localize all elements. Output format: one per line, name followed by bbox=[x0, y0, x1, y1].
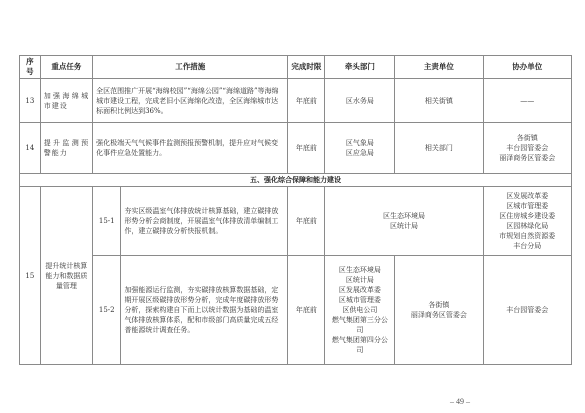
work-plan-table: 序号 重点任务 工作措施 完成时限 牵头部门 主责单位 协办单位 13 加强海绵… bbox=[19, 55, 572, 365]
table-row: 15-2 加强能源运行监测，夯实碳排放核算数据基础，定期开展区级碳排放形势分析，… bbox=[20, 256, 572, 365]
row-deadline: 年底前 bbox=[288, 79, 325, 123]
row-measures: 强化极端天气气候事件监测预报预警机制，提升应对气候变化事件应急处置能力。 bbox=[93, 123, 288, 174]
table-row: 13 加强海绵城市建设 全区范围推广开展“海绵校园”“海绵公园”“海绵道路”等海… bbox=[20, 79, 572, 123]
table-row: 14 提升监测预警能力 强化极端天气气候事件监测预报预警机制，提升应对气候变化事… bbox=[20, 123, 572, 174]
row-responsible: 各街镇 丽泽商务区管委会 bbox=[395, 256, 483, 365]
header-seq: 序号 bbox=[20, 56, 41, 79]
row-measures: 夯实区级温室气体排放统计核算基础，建立碳排放形势分析会商制度，开展温室气体排放清… bbox=[121, 187, 288, 256]
row-responsible: 相关街镇 bbox=[395, 79, 483, 123]
row-measures: 全区范围推广开展“海绵校园”“海绵公园”“海绵道路”等海绵城市建设工程，完成老旧… bbox=[93, 79, 288, 123]
row-deadline: 年底前 bbox=[288, 187, 325, 256]
row-assist: —— bbox=[483, 79, 571, 123]
document-page: 序号 重点任务 工作措施 完成时限 牵头部门 主责单位 协办单位 13 加强海绵… bbox=[0, 0, 585, 413]
row-task: 加强海绵城市建设 bbox=[40, 79, 92, 123]
row-lead: 区水务局 bbox=[325, 79, 395, 123]
row-seq: 13 bbox=[20, 79, 41, 123]
row-measures: 加强能源运行监测，夯实碳排放核算数据基础，定期开展区级碳排放形势分析，完成年度碳… bbox=[121, 256, 288, 365]
section-title: 五、强化综合保障和能力建设 bbox=[20, 174, 572, 187]
row-deadline: 年底前 bbox=[288, 123, 325, 174]
row-lead: 区生态环境局 区统计局 区发展改革委 区城市管理委 区供电公司 燃气集团第三分公… bbox=[325, 256, 395, 365]
section-heading-row: 五、强化综合保障和能力建设 bbox=[20, 174, 572, 187]
table-row: 15 提升统计核算能力和数据质量管理 15-1 夯实区级温室气体排放统计核算基础… bbox=[20, 187, 572, 256]
row-lead: 区气象局 区应急局 bbox=[325, 123, 395, 174]
subrow-id: 15-2 bbox=[93, 256, 121, 365]
row-task: 提升统计核算能力和数据质量管理 bbox=[40, 187, 92, 365]
row-assist: 各街镇 丰台园管委会 丽泽商务区管委会 bbox=[483, 123, 571, 174]
row-task: 提升监测预警能力 bbox=[40, 123, 92, 174]
subrow-id: 15-1 bbox=[93, 187, 121, 256]
header-task: 重点任务 bbox=[40, 56, 92, 79]
header-measures: 工作措施 bbox=[93, 56, 288, 79]
row-assist: 丰台园管委会 bbox=[483, 256, 571, 365]
row-responsible: 相关部门 bbox=[395, 123, 483, 174]
row-seq: 15 bbox=[20, 187, 41, 365]
row-lead-merged: 区生态环境局 区统计局 bbox=[325, 187, 483, 256]
row-assist: 区发展改革委 区城市管理委 区住房城乡建设委 区园林绿化局 市规划自然资源委 丰… bbox=[483, 187, 571, 256]
header-responsible: 主责单位 bbox=[395, 56, 483, 79]
page-number: – 49 – bbox=[450, 397, 470, 406]
row-deadline: 年底前 bbox=[288, 256, 325, 365]
header-deadline: 完成时限 bbox=[288, 56, 325, 79]
header-row: 序号 重点任务 工作措施 完成时限 牵头部门 主责单位 协办单位 bbox=[20, 56, 572, 79]
row-seq: 14 bbox=[20, 123, 41, 174]
header-assist: 协办单位 bbox=[483, 56, 571, 79]
header-lead: 牵头部门 bbox=[325, 56, 395, 79]
